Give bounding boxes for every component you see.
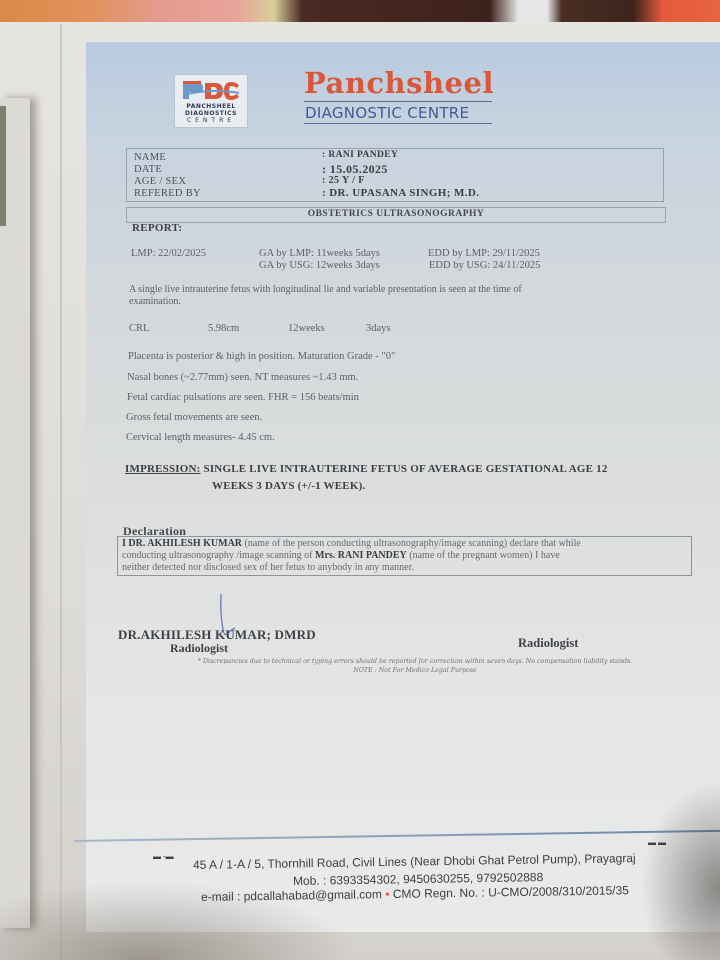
date-label: DATE [134,164,162,175]
edd-by-usg: EDD by USG: 24/11/2025 [429,260,540,271]
logo-text-3: CENTRE [175,117,247,124]
impression: IMPRESSION: SINGLE LIVE INTRAUTERINE FET… [125,463,608,475]
hand-shadow-right [640,780,720,960]
declaration-text-2a: conducting ultrasonography /image scanni… [122,550,315,561]
crl-value: 5.98cm [208,323,239,334]
age-sex-label: AGE / SEX [134,176,186,187]
patient-name: : RANI PANDEY [322,150,398,160]
summary-line-2: examination. [129,296,181,307]
report-heading: REPORT: [132,222,182,234]
ga-by-usg: GA by USG: 12weeks 3days [259,260,380,271]
logo-text-1: PANCHSHEEL [175,103,247,110]
underlying-sheet [0,98,30,928]
impression-label: IMPRESSION: [125,463,201,475]
disclaimer: * Discrepancies due to technical or typi… [190,657,640,675]
study-title: OBSTETRICS ULTRASONOGRAPHY [127,209,665,219]
brand-subtitle: DIAGNOSTIC CENTRE [305,104,469,122]
summary-line-1: A single live intrauterine fetus with lo… [129,284,522,295]
edd-by-lmp: EDD by LMP: 29/11/2025 [428,248,540,259]
finding-movements: Gross fetal movements are seen. [126,412,262,423]
finding-fhr: Fetal cardiac pulsations are seen. FHR =… [127,392,359,403]
pdc-logo: PANCHSHEEL DIAGNOSTICS CENTRE [174,74,248,128]
declaration-text-2b: (name of the pregnant women) I have [407,550,560,561]
study-title-box: OBSTETRICS ULTRASONOGRAPHY [126,207,666,223]
crl-weeks: 12weeks [288,323,325,334]
radiologist-title-right: Radiologist [518,636,578,651]
pdc-logo-icon [181,79,241,101]
crl-label: CRL [129,323,149,334]
declaration-line-1: I DR. AKHILESH KUMAR (name of the person… [122,538,581,549]
brand-name: Panchsheel [304,66,494,100]
finding-nasal-nt: Nasal bones (~2.77mm) seen. NT measures … [127,372,358,383]
folder-crease [60,24,62,960]
lmp: LMP: 22/02/2025 [131,248,206,259]
finding-cervix: Cervical length measures- 4.45 cm. [126,432,275,443]
impression-line-2: WEEKS 3 DAYS (+/-1 WEEK). [212,480,365,492]
declaring-doctor: I DR. AKHILESH KUMAR [122,538,242,549]
radiologist-title: Radiologist [170,641,228,656]
referring-doctor: : DR. UPASANA SINGH; M.D. [322,187,479,199]
finding-placenta: Placenta is posterior & high in position… [128,351,395,362]
brand-rule-top [304,101,492,102]
referred-by-label: REFERED BY [134,188,201,199]
footer-bullet: • [385,887,389,901]
hand-shadow-left [0,880,360,960]
sheet-edge [0,106,6,226]
declared-patient: Mrs. RANI PANDEY [315,550,407,561]
logo-text-2: DIAGNOSTICS [175,110,247,117]
declaration-line-2: conducting ultrasonography /image scanni… [122,550,560,561]
declaration-text-1: (name of the person conducting ultrasono… [242,538,581,549]
age-sex: : 25 Y / F [322,175,365,186]
impression-line-1: SINGLE LIVE INTRAUTERINE FETUS OF AVERAG… [201,463,608,475]
brand-rule-bottom [304,123,492,124]
name-label: NAME [134,152,166,163]
crl-days: 3days [366,323,391,334]
fold-mark: ▬ ‐▬ [153,852,174,861]
disclaimer-line-2: NOTE : Not For Medico Legal Purpose [190,666,640,675]
declaration-line-3: neither detected nor disclosed sex of he… [122,562,414,573]
disclaimer-line-1: * Discrepancies due to technical or typi… [190,657,640,666]
ga-by-lmp: GA by LMP: 11weeks 5days [259,248,380,259]
